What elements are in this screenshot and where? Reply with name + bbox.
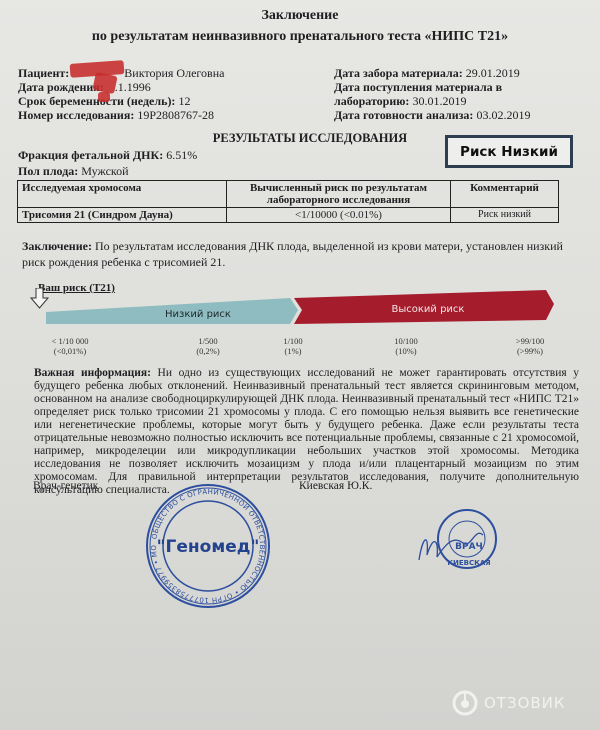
- high-risk-label: Высокий риск: [392, 304, 465, 315]
- otzovik-logo-icon: [452, 690, 478, 716]
- important-text: Ни одно из существующих исследований не …: [34, 367, 579, 496]
- down-arrow-icon: [31, 288, 48, 308]
- ready-date: 03.02.2019: [476, 108, 530, 122]
- low-risk-label: Низкий риск: [165, 309, 231, 320]
- risk-scale-tick: 1/500(0,2%): [178, 336, 238, 356]
- risk-scale-bar: Низкий риск Высокий риск: [28, 288, 558, 328]
- header-risk: Вычисленный риск по результатам лаборато…: [227, 181, 451, 208]
- document-subtitle: по результатам неинвазивного пренатально…: [0, 29, 600, 45]
- important-info: Важная информация: Ни одно из существующ…: [34, 367, 579, 497]
- fetal-sex-value: Мужской: [81, 164, 128, 178]
- dates-info: Дата забора материала: 29.01.2019 Дата п…: [334, 66, 564, 122]
- cell-risk: <1/10000 (<0.01%): [227, 208, 451, 223]
- dob-value: .1.1996: [115, 80, 151, 94]
- dob-row: Дата рождения: .1.1996: [18, 80, 224, 94]
- risk-scale-tick: 10/100(10%): [376, 336, 436, 356]
- doctor-stamp: ВРАЧ КИЕВСКАЯ: [415, 505, 505, 575]
- patient-info: Пациент: Виктория Олеговна Дата рождения…: [18, 66, 224, 122]
- stamp-company-name: "Геномед": [157, 537, 260, 557]
- patient-name: Виктория Олеговна: [124, 66, 224, 80]
- svg-text:КИЕВСКАЯ: КИЕВСКАЯ: [447, 559, 490, 567]
- fetal-info: Фракция фетальной ДНК: 6.51% Пол плода: …: [18, 147, 197, 179]
- svg-text:ВРАЧ: ВРАЧ: [455, 542, 483, 552]
- company-stamp: ОБЩЕСТВО С ОГРАНИЧЕННОЙ ОТВЕТСТВЕННОСТЬЮ…: [143, 482, 273, 610]
- cell-chromosome: Трисомия 21 (Синдром Дауна): [18, 208, 227, 223]
- study-number: 19P2808767-28: [137, 108, 214, 122]
- collection-date: 29.01.2019: [466, 66, 520, 80]
- study-number-row: Номер исследования: 19P2808767-28: [18, 108, 224, 122]
- term-row: Срок беременности (недель): 12: [18, 94, 224, 108]
- header-chromosome: Исследуемая хромосома: [18, 181, 227, 208]
- conclusion-text: По результатам исследования ДНК плода, в…: [22, 239, 563, 269]
- header-comment: Комментарий: [451, 181, 559, 208]
- doctor-role: Врач-генетик: [33, 480, 98, 492]
- table-row: Трисомия 21 (Синдром Дауна) <1/10000 (<0…: [18, 208, 559, 223]
- conclusion: Заключение: По результатам исследования …: [22, 238, 582, 270]
- document-title: Заключение: [0, 8, 600, 24]
- watermark-text: ОТЗОВИК: [484, 694, 566, 712]
- results-table: Исследуемая хромосома Вычисленный риск п…: [17, 180, 559, 223]
- watermark: ОТЗОВИК: [452, 690, 566, 716]
- doctor-name: Киевская Ю.К.: [299, 480, 372, 492]
- redaction-mark: [98, 92, 110, 102]
- arrival-date: 30.01.2019: [412, 94, 466, 108]
- cell-comment: Риск низкий: [451, 208, 559, 223]
- risk-scale-tick: >99/100(>99%): [500, 336, 560, 356]
- risk-scale-tick: < 1/10 000(<0,01%): [40, 336, 100, 356]
- term-value: 12: [178, 94, 190, 108]
- risk-scale-tick: 1/100(1%): [263, 336, 323, 356]
- table-header-row: Исследуемая хромосома Вычисленный риск п…: [18, 181, 559, 208]
- fetal-dna-value: 6.51%: [166, 148, 197, 162]
- risk-badge: Риск Низкий: [445, 135, 573, 168]
